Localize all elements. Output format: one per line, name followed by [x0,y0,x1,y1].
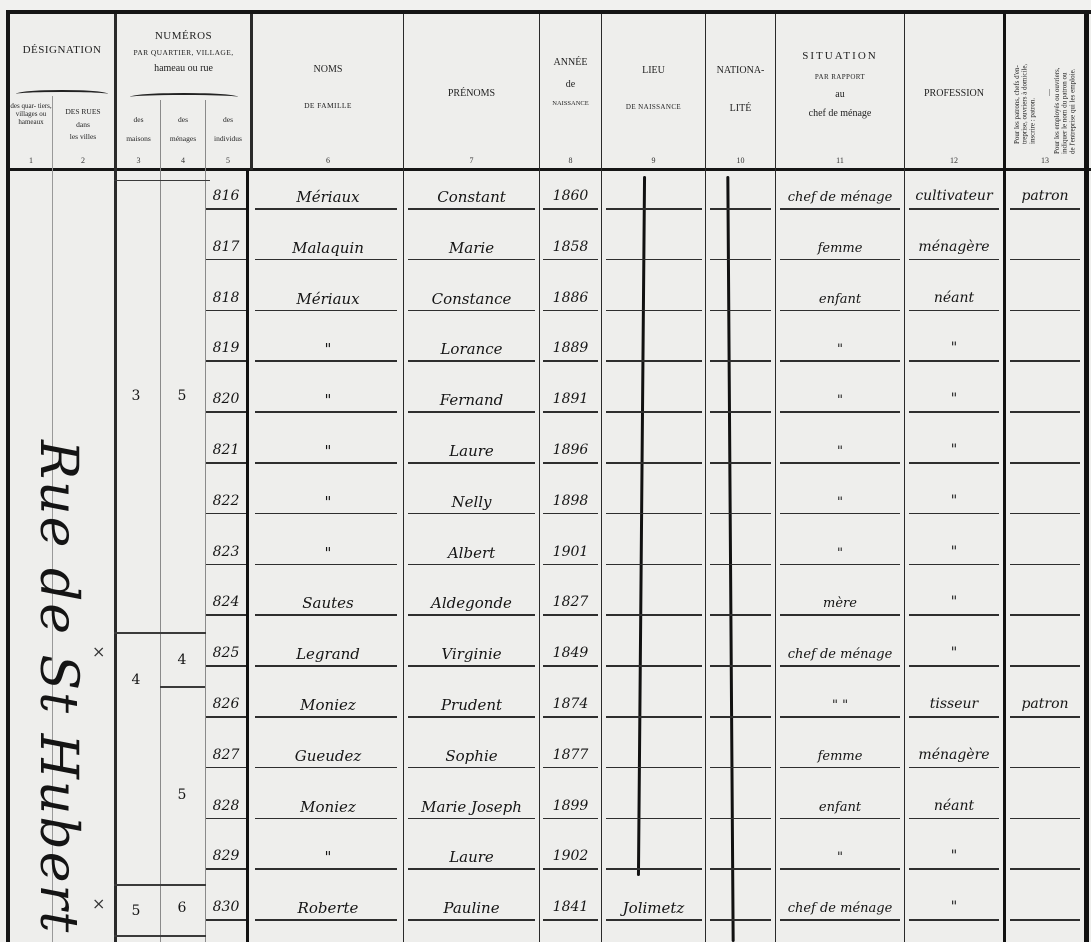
header-prenoms: PRÉNOMS [404,88,539,100]
nom-famille: Legrand [253,645,403,663]
annee-naissance: NAISSANCE [540,100,601,107]
nom-famille: Gueudez [253,747,403,765]
table-row: 817 Malaquin Marie 1858 femme ménagère [0,237,1091,287]
situation: " " [776,698,904,713]
situation-title: SITUATION [776,50,904,63]
prenom: Albert [404,544,539,562]
situation-sub2: au [776,89,904,101]
col13-patron-note: Pour les patrons, chefs d'en- treprise, … [1014,24,1037,144]
individu-number: 827 [206,747,246,763]
numeros-line2: PAR QUARTIER, VILLAGE, [117,49,250,58]
situation: enfant [776,800,904,815]
patron-employeur: patron [1006,696,1084,712]
situation: " [776,342,904,357]
header-col13: Pour les patrons, chefs d'en- treprise, … [1010,20,1088,150]
prenom: Nelly [404,493,539,511]
table-row: 818 Mériaux Constance 1886 enfant néant [0,288,1091,338]
prenom: Fernand [404,391,539,409]
header-designation: DÉSIGNATION [12,44,112,57]
menages-des: des [161,116,205,125]
annee-naissance: 1886 [540,290,601,306]
profession: néant [905,798,1003,814]
nom-famille: Roberte [253,899,403,917]
individu-number: 828 [206,798,246,814]
nom-famille: Sautes [253,594,403,612]
patron-employeur: patron [1006,188,1084,204]
nom-famille: " [253,848,403,866]
profession: " [905,544,1003,560]
individu-number: 816 [206,188,246,204]
annee-de: de [540,79,601,91]
col-num-12: 12 [905,156,1003,165]
col-num-10: 10 [706,156,775,165]
individu-number: 823 [206,544,246,560]
header-bottom-rule [6,168,1091,171]
situation: " [776,495,904,510]
situation: chef de ménage [776,647,904,662]
nationalite-title: NATIONA- [706,65,775,77]
header-lieu: LIEU DE NAISSANCE [602,65,705,111]
profession: " [905,493,1003,509]
profession: " [905,391,1003,407]
header-annee: ANNÉE de NAISSANCE [540,57,601,107]
situation: mère [776,596,904,611]
individu-number: 825 [206,645,246,661]
nom-famille: Mériaux [253,290,403,308]
lieu-title: LIEU [602,65,705,77]
situation: femme [776,749,904,764]
table-row: 826 Moniez Prudent 1874 " " tisseur patr… [0,694,1091,744]
prenom: Marie [404,239,539,257]
header-menages: des ménages [161,116,205,143]
annee-naissance: 1902 [540,848,601,864]
annee-naissance: 1877 [540,747,601,763]
annee-naissance: 1891 [540,391,601,407]
nom-famille: " [253,493,403,511]
numeros-title: NUMÉROS [117,30,250,43]
situation: " [776,850,904,865]
nom-famille: Moniez [253,798,403,816]
individu-number: 826 [206,696,246,712]
prenom: Laure [404,848,539,866]
individu-number: 820 [206,391,246,407]
individu-number: 824 [206,594,246,610]
profession: " [905,442,1003,458]
profession: " [905,594,1003,610]
designation-title: DÉSIGNATION [12,44,112,57]
col-num-2: 2 [53,156,113,165]
individu-number: 818 [206,290,246,306]
col-num-6: 6 [253,156,403,165]
nom-famille: " [253,340,403,358]
rues-label: DES RUES [53,108,113,117]
annee-naissance: 1858 [540,239,601,255]
table-row: 822 " Nelly 1898 " " [0,491,1091,541]
maisons-label: maisons [117,135,160,144]
profession: " [905,340,1003,356]
prenom: Constance [404,290,539,308]
prenom: Lorance [404,340,539,358]
nom-famille: " [253,544,403,562]
individu-number: 821 [206,442,246,458]
table-row: 825 Legrand Virginie 1849 chef de ménage… [0,643,1091,693]
prenom: Virginie [404,645,539,663]
profession: néant [905,290,1003,306]
situation: femme [776,241,904,256]
col-num-4: 4 [161,156,205,165]
nom-famille: " [253,391,403,409]
prenom: Constant [404,188,539,206]
prenom: Aldegonde [404,594,539,612]
prenom: Prudent [404,696,539,714]
profession: " [905,645,1003,661]
annee-naissance: 1901 [540,544,601,560]
noms-title: NOMS [253,64,403,76]
annee-naissance: 1841 [540,899,601,915]
prenom: Pauline [404,899,539,917]
individu-number: 822 [206,493,246,509]
profession: " [905,899,1003,915]
nom-famille: Moniez [253,696,403,714]
header-quartiers: des quar- tiers, villages ou hameaux [10,102,52,126]
col-num-8: 8 [540,156,601,165]
annee-naissance: 1899 [540,798,601,814]
table-row: 828 Moniez Marie Joseph 1899 enfant néan… [0,796,1091,846]
col-num-3: 3 [117,156,160,165]
table-row: 819 " Lorance 1889 " " [0,338,1091,388]
annee-title: ANNÉE [540,57,601,69]
situation: " [776,393,904,408]
table-row: 821 " Laure 1896 " " [0,440,1091,490]
nationalite-sub: LITÉ [706,103,775,115]
header-rues: DES RUES dans les villes [53,108,113,142]
quartiers-label: des quar- tiers, villages ou hameaux [10,102,52,126]
col-num-9: 9 [602,156,705,165]
profession: cultivateur [905,188,1003,204]
col-num-13: 13 [1006,156,1084,165]
col-num-5: 5 [206,156,250,165]
header-maisons: des maisons [117,116,160,143]
situation: " [776,444,904,459]
villes-label: les villes [53,133,113,142]
nom-famille: " [253,442,403,460]
lieu-naissance: Jolimetz [602,899,705,917]
col13-employe-note: Pour les employés ou ouvriers, indiquer … [1054,24,1077,154]
annee-naissance: 1898 [540,493,601,509]
profession: " [905,848,1003,864]
annee-naissance: 1889 [540,340,601,356]
prenoms-title: PRÉNOMS [404,88,539,100]
header-situation: SITUATION PAR RAPPORT au chef de ménage [776,50,904,120]
situation: chef de ménage [776,190,904,205]
header-profession: PROFESSION [905,88,1003,100]
table-row: 816 Mériaux Constant 1860 chef de ménage… [0,186,1091,236]
table-top-border [6,10,1091,14]
table-row: 827 Gueudez Sophie 1877 femme ménagère [0,745,1091,795]
table-row: 823 " Albert 1901 " " [0,542,1091,592]
annee-naissance: 1874 [540,696,601,712]
nom-famille: Malaquin [253,239,403,257]
prenom: Laure [404,442,539,460]
group-bracket-top [114,180,210,181]
table-row: 830 Roberte Pauline 1841 Jolimetz chef d… [0,897,1091,942]
individus-label: individus [206,135,250,144]
prenom: Sophie [404,747,539,765]
prenom: Marie Joseph [404,798,539,816]
lieu-sub: DE NAISSANCE [602,103,705,111]
col-num-11: 11 [776,156,904,165]
header-individus: des individus [206,116,250,143]
census-page: DÉSIGNATION des quar- tiers, villages ou… [0,0,1091,942]
individus-des: des [206,116,250,125]
annee-naissance: 1860 [540,188,601,204]
dans-label: dans [53,121,113,130]
table-row: 829 " Laure 1902 " " [0,846,1091,896]
annee-naissance: 1896 [540,442,601,458]
designation-brace [16,90,108,98]
individu-number: 829 [206,848,246,864]
header-nationalite: NATIONA- LITÉ [706,65,775,114]
annee-naissance: 1827 [540,594,601,610]
annee-naissance: 1849 [540,645,601,661]
numeros-brace [130,93,238,101]
individu-number: 830 [206,899,246,915]
situation: enfant [776,292,904,307]
table-row: 820 " Fernand 1891 " " [0,389,1091,439]
situation: " [776,546,904,561]
maisons-des: des [117,116,160,125]
situation: chef de ménage [776,901,904,916]
profession: ménagère [905,239,1003,255]
header-noms: NOMS DE FAMILLE [253,64,403,110]
profession: tisseur [905,696,1003,712]
noms-sub: DE FAMILLE [253,102,403,111]
individu-number: 817 [206,239,246,255]
profession-title: PROFESSION [905,88,1003,100]
menages-label: ménages [161,135,205,144]
header-numeros: NUMÉROS PAR QUARTIER, VILLAGE, hameau ou… [117,30,250,75]
individu-number: 819 [206,340,246,356]
page-top-margin [0,0,1091,10]
col-num-1: 1 [10,156,52,165]
col-num-7: 7 [404,156,539,165]
numeros-line3: hameau ou rue [117,63,250,75]
profession: ménagère [905,747,1003,763]
situation-sub3: chef de ménage [776,108,904,120]
nom-famille: Mériaux [253,188,403,206]
situation-sub1: PAR RAPPORT [776,73,904,81]
table-row: 824 Sautes Aldegonde 1827 mère " [0,592,1091,642]
